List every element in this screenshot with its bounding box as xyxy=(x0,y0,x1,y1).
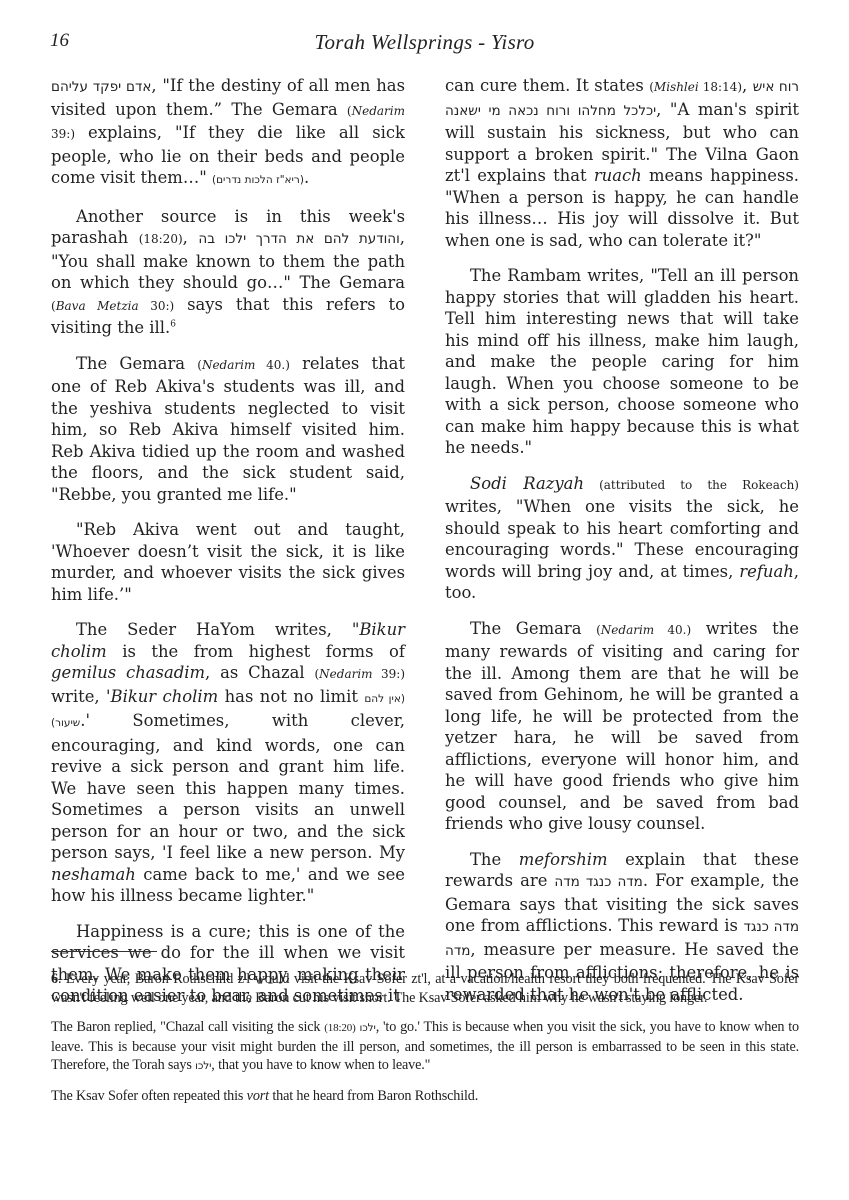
text: , xyxy=(742,76,753,95)
footnote-6-closing: The Ksav Sofer often repeated this vort … xyxy=(51,1087,799,1106)
source-citation: (18:20) xyxy=(139,232,183,246)
paragraph-mishlei: can cure them. It states (Mishlei 18:14)… xyxy=(445,75,799,251)
paragraph-destiny: אדם יפקד עליהם, "If the destiny of all m… xyxy=(51,75,405,192)
source-citation: (Nedarim 39:) xyxy=(314,667,405,681)
text: is the from highest forms of xyxy=(107,642,405,661)
italic-term: vort xyxy=(247,1088,269,1104)
source-citation: (Nedarim 40.) xyxy=(197,358,290,372)
right-column: can cure them. It states (Mishlei 18:14)… xyxy=(445,75,799,1019)
text: "Reb Akiva went out and taught, 'Whoever… xyxy=(51,520,405,604)
footnote-ref-6[interactable]: 6 xyxy=(170,320,176,330)
paragraph-sodi-razyah: Sodi Razyah (attributed to the Rokeach) … xyxy=(445,473,799,604)
hebrew-quote: אדם יפקד עליהם xyxy=(51,79,151,95)
hebrew-quote: ילכו xyxy=(360,1022,376,1034)
text: The xyxy=(470,850,519,869)
book-page: 16 Torah Wellsprings - Yisro אדם יפקד על… xyxy=(0,0,849,1200)
source-citation: (Nedarim 40.) xyxy=(596,623,691,637)
hebrew-quote: והודעת להם את הדרך ילכו בה xyxy=(198,231,399,247)
text: can cure them. It states xyxy=(445,76,649,95)
footnote-number: 6 xyxy=(51,971,58,987)
hebrew-quote: מדה כנגד מדה xyxy=(554,874,642,890)
text: relates that one of Reb Akiva's students… xyxy=(51,354,405,504)
text: writes the many rewards of visiting and … xyxy=(445,619,799,834)
paragraph-rewards: The Gemara (Nedarim 40.) writes the many… xyxy=(445,618,799,835)
footnote-6-reply: The Baron replied, "Chazal call visiting… xyxy=(51,1018,799,1076)
text: The Seder HaYom writes, " xyxy=(76,620,359,639)
footnote-divider xyxy=(51,951,157,952)
text: The Rambam writes, "Tell an ill person h… xyxy=(445,266,799,457)
text: has not no limit xyxy=(218,687,364,706)
running-title: Torah Wellsprings - Yisro xyxy=(50,30,799,55)
paragraph-rambam: The Rambam writes, "Tell an ill person h… xyxy=(445,265,799,459)
text: that he heard from Baron Rothschild. xyxy=(269,1088,478,1104)
text: , that you have to know when to leave." xyxy=(211,1057,430,1073)
italic-term: refuah xyxy=(739,562,794,581)
source-citation: (Bava Metzia 30:) xyxy=(51,299,174,313)
paragraph-another-source: Another source is in this week's parasha… xyxy=(51,206,405,339)
text: The Gemara xyxy=(470,619,596,638)
text: . xyxy=(304,168,309,187)
source-citation: (attributed to the Rokeach) xyxy=(584,478,799,492)
italic-term: Sodi Razyah xyxy=(470,474,584,493)
italic-term: neshamah xyxy=(51,865,136,884)
text: , xyxy=(183,228,199,247)
page-header: 16 Torah Wellsprings - Yisro xyxy=(50,30,799,56)
text: , as Chazal xyxy=(205,663,314,682)
left-column: אדם יפקד עליהם, "If the destiny of all m… xyxy=(51,75,405,1021)
text: . Every year, Baron Rothschild z'l would… xyxy=(51,971,799,1006)
source-citation: (18:20) xyxy=(324,1022,355,1034)
source-citation: (Mishlei 18:14) xyxy=(649,80,742,94)
text: The Gemara xyxy=(76,354,197,373)
text: The Baron replied, "Chazal call visiting… xyxy=(51,1019,324,1035)
text: write, ' xyxy=(51,687,111,706)
italic-term: Bikur cholim xyxy=(111,687,219,706)
italic-term: ruach xyxy=(594,166,642,185)
paragraph-seder-hayom: The Seder HaYom writes, "Bikur cholim is… xyxy=(51,619,405,907)
paragraph-reb-akiva-taught: "Reb Akiva went out and taught, 'Whoever… xyxy=(51,519,405,605)
hebrew-quote: ילכו xyxy=(195,1060,211,1072)
footnotes: 6. Every year, Baron Rothschild z'l woul… xyxy=(51,970,799,1116)
hebrew-source: (ריא"ז הלכות נדרים) xyxy=(212,174,304,186)
footnote-6: 6. Every year, Baron Rothschild z'l woul… xyxy=(51,970,799,1007)
italic-term: meforshim xyxy=(519,850,608,869)
italic-term: gemilus chasadim xyxy=(51,663,205,682)
paragraph-reb-akiva-student: The Gemara (Nedarim 40.) relates that on… xyxy=(51,353,405,506)
text: .' Sometimes, with clever, encouraging, … xyxy=(51,711,405,862)
text: The Ksav Sofer often repeated this xyxy=(51,1088,247,1104)
